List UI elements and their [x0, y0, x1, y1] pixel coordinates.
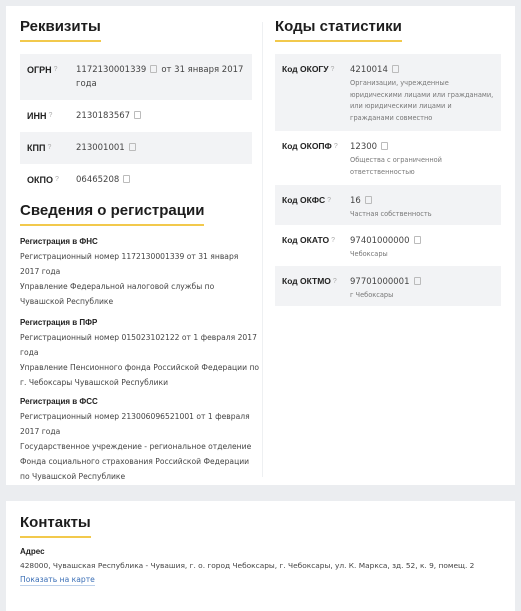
help-icon[interactable]: ? [333, 278, 337, 285]
statistics-table: Код ОКОГУ? 4210014 Организации, учрежден… [275, 54, 501, 306]
requisites-table: ОГРН? 1172130001339от 31 января 2017 год… [20, 54, 252, 196]
stat-row-oktmo: Код ОКТМО? 97701000001 г Чебоксары [275, 266, 501, 306]
stat-description: г Чебоксары [350, 290, 425, 302]
requisite-label: КПП [27, 143, 45, 153]
help-icon[interactable]: ? [334, 143, 338, 150]
help-icon[interactable]: ? [331, 237, 335, 244]
requisite-label: ОГРН [27, 65, 52, 75]
copy-icon[interactable] [129, 143, 136, 151]
show-on-map-link[interactable]: Показать на карте [20, 575, 95, 586]
stat-row-okopf: Код ОКОПФ? 12300 Общества с ограниченной… [275, 131, 501, 185]
requisite-label: ИНН [27, 111, 46, 121]
stat-description: Частная собственность [350, 209, 432, 221]
stat-code: 16 [350, 196, 361, 206]
copy-icon[interactable] [365, 196, 372, 204]
stat-row-okfs: Код ОКФС? 16 Частная собственность [275, 185, 501, 225]
registration-fss-authority: Государственное учреждение - регионально… [20, 439, 260, 484]
requisite-row-ogrn: ОГРН? 1172130001339от 31 января 2017 год… [20, 54, 252, 100]
registration-pfr: Регистрация в ПФР Регистрационный номер … [20, 316, 260, 390]
copy-icon[interactable] [150, 65, 157, 73]
column-divider [262, 22, 263, 477]
requisite-label: ОКПО [27, 175, 53, 185]
requisite-value: 1172130001339 [76, 65, 146, 75]
stat-label: Код ОКОПФ [282, 141, 332, 151]
address-value: 428000, Чувашская Республика - Чувашия, … [20, 561, 510, 570]
registration-fns-number: Регистрационный номер 1172130001339 от 3… [20, 249, 260, 279]
stat-code: 4210014 [350, 65, 388, 75]
registration-fns-authority: Управление Федеральной налоговой службы … [20, 279, 260, 309]
requisite-value: 06465208 [76, 175, 119, 185]
registration-fns-title: Регистрация в ФНС [20, 235, 260, 249]
requisite-value: 213001001 [76, 143, 125, 153]
registration-title: Сведения о регистрации [20, 202, 204, 226]
registration-fss-title: Регистрация в ФСС [20, 395, 260, 409]
registration-fss: Регистрация в ФСС Регистрационный номер … [20, 395, 260, 484]
stat-code: 12300 [350, 142, 377, 152]
stat-description: Организации, учрежденные юридическими ли… [350, 78, 494, 124]
stat-label: Код ОКАТО [282, 235, 329, 245]
contacts-title: Контакты [20, 514, 91, 538]
stat-code: 97701000001 [350, 277, 410, 287]
help-icon[interactable]: ? [48, 112, 52, 119]
requisites-title: Реквизиты [20, 18, 101, 42]
requisite-row-inn: ИНН? 2130183567 [20, 100, 252, 132]
stat-label: Код ОКФС [282, 195, 325, 205]
help-icon[interactable]: ? [331, 66, 335, 73]
help-icon[interactable]: ? [327, 197, 331, 204]
copy-icon[interactable] [414, 277, 421, 285]
requisite-row-okpo: ОКПО? 06465208 [20, 164, 252, 196]
requisite-value: 2130183567 [76, 111, 130, 121]
statistics-title: Коды статистики [275, 18, 402, 42]
copy-icon[interactable] [123, 175, 130, 183]
copy-icon[interactable] [381, 142, 388, 150]
company-details-card: Реквизиты ОГРН? 1172130001339от 31 январ… [6, 6, 515, 485]
copy-icon[interactable] [392, 65, 399, 73]
help-icon[interactable]: ? [47, 144, 51, 151]
help-icon[interactable]: ? [55, 176, 59, 183]
stat-description: Общества с ограниченной ответственностью [350, 155, 494, 178]
stat-description: Чебоксары [350, 249, 425, 261]
requisite-row-kpp: КПП? 213001001 [20, 132, 252, 164]
registration-pfr-authority: Управление Пенсионного фонда Российской … [20, 360, 260, 390]
address-label: Адрес [20, 547, 45, 556]
help-icon[interactable]: ? [54, 66, 58, 73]
registration-fns: Регистрация в ФНС Регистрационный номер … [20, 235, 260, 309]
registration-fss-number: Регистрационный номер 213006096521001 от… [20, 409, 260, 439]
stat-row-okato: Код ОКАТО? 97401000000 Чебоксары [275, 225, 501, 266]
stat-row-okogu: Код ОКОГУ? 4210014 Организации, учрежден… [275, 54, 501, 131]
contacts-card: Контакты Адрес 428000, Чувашская Республ… [6, 501, 515, 600]
copy-icon[interactable] [134, 111, 141, 119]
stat-label: Код ОКТМО [282, 276, 331, 286]
copy-icon[interactable] [414, 236, 421, 244]
stat-label: Код ОКОГУ [282, 64, 329, 74]
registration-pfr-title: Регистрация в ПФР [20, 316, 260, 330]
stat-code: 97401000000 [350, 236, 410, 246]
registration-pfr-number: Регистрационный номер 015023102122 от 1 … [20, 330, 260, 360]
